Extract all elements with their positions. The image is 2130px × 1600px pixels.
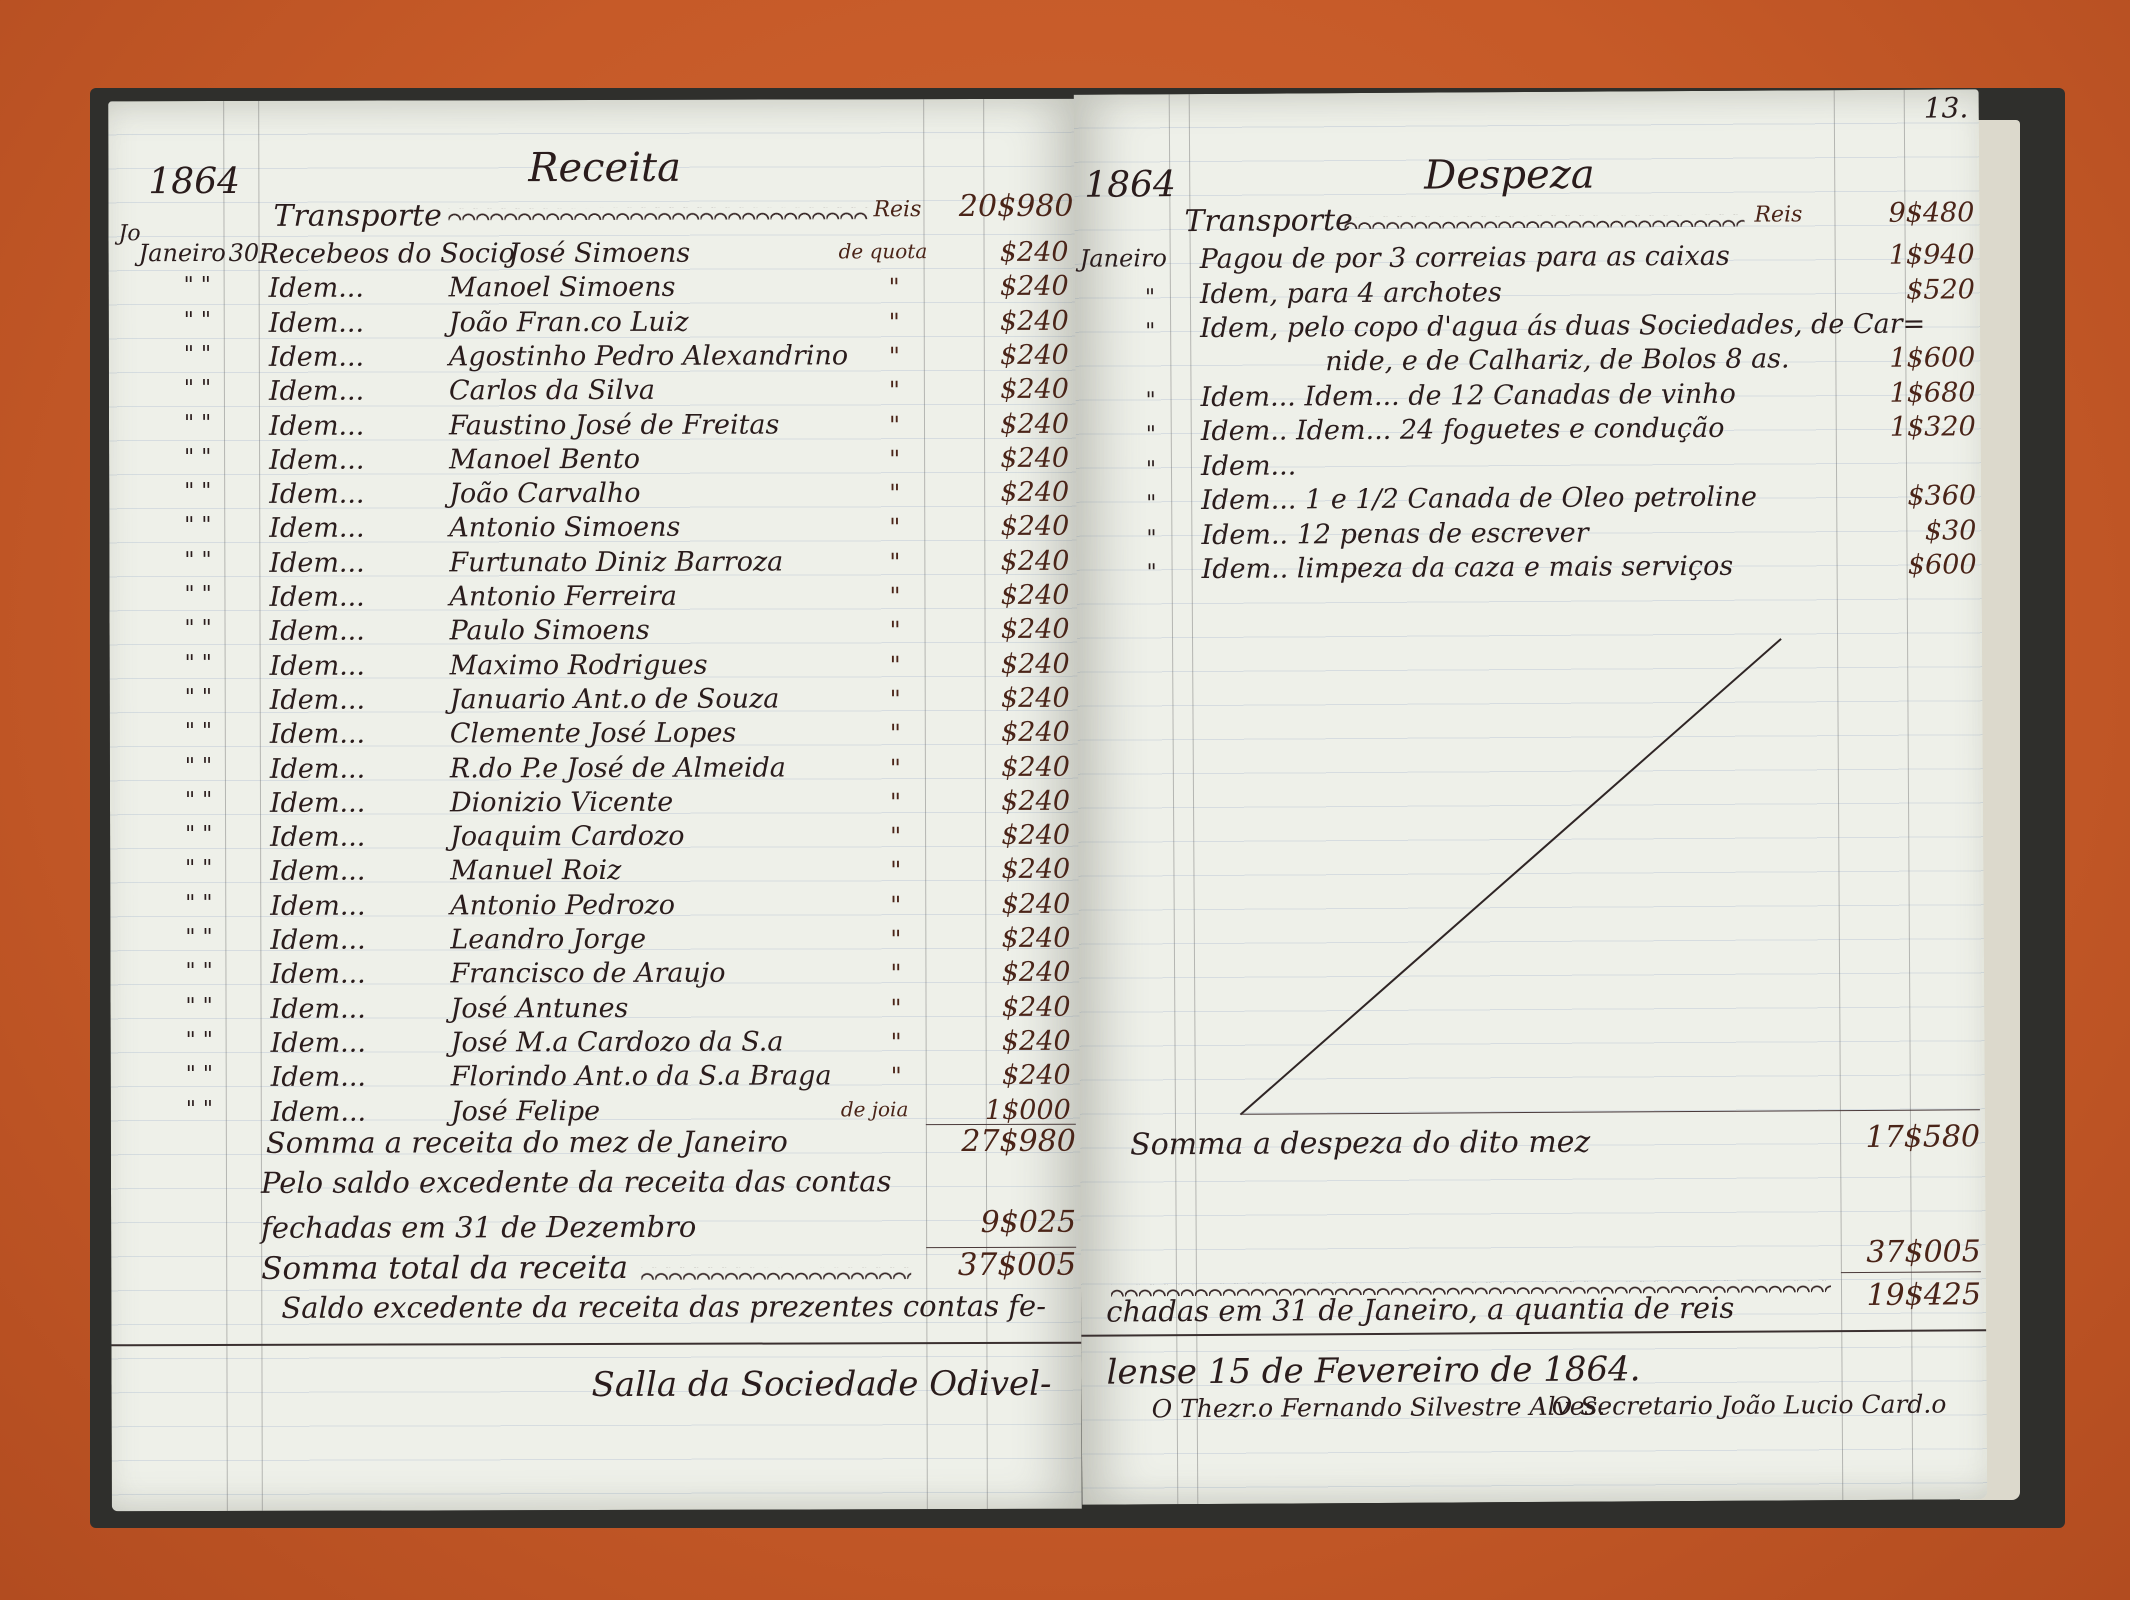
- left-page-receita: 1864 Receita Jo Transporte Reis 20$980 J…: [108, 99, 1082, 1512]
- entry-type: ": [891, 1028, 902, 1056]
- entry-description: Idem...: [270, 890, 365, 921]
- date-rule: [258, 101, 263, 1511]
- entry-description: Idem...: [269, 479, 364, 510]
- transport-amount: 20$980: [923, 189, 1073, 224]
- ditto-mark: ": [1145, 319, 1155, 344]
- ditto-mark: ": [1146, 457, 1156, 482]
- entry-amount: $240: [925, 991, 1070, 1022]
- entry-description: Idem...: [269, 410, 364, 441]
- entry-description: Idem...: [270, 719, 365, 750]
- ditto-mark: " ": [186, 1097, 213, 1122]
- entry-type: ": [889, 273, 900, 301]
- member-name: Florindo Ant.o da S.a Braga: [451, 1061, 832, 1093]
- ditto-mark: ": [1145, 285, 1155, 310]
- member-name: Antonio Pedrozo: [450, 889, 675, 921]
- ditto-mark: ": [1146, 422, 1156, 447]
- member-name: Agostinho Pedro Alexandrino: [449, 340, 848, 372]
- entry-amount: $240: [924, 511, 1069, 542]
- member-name: Januario Ant.o de Souza: [450, 683, 780, 715]
- member-name: Francisco de Araujo: [450, 958, 725, 990]
- entry-type: ": [890, 857, 901, 885]
- transport-label: Transporte: [1184, 203, 1353, 239]
- ditto-mark: " ": [184, 411, 211, 436]
- entry-description: Idem.. limpeza da caza e mais serviços: [1202, 551, 1734, 585]
- entry-type: ": [890, 616, 901, 644]
- entry-description: Idem...: [269, 444, 364, 475]
- entry-amount: $240: [925, 923, 1070, 954]
- member-name: Clemente José Lopes: [450, 718, 737, 750]
- entry-description: Idem...: [269, 547, 364, 578]
- entry-amount: $240: [925, 614, 1070, 645]
- entry-description: Idem...: [270, 650, 365, 681]
- entry-description: Recebeos do Socio: [259, 238, 515, 270]
- entry-amount: $240: [925, 717, 1070, 748]
- margin-rule: [223, 101, 228, 1511]
- ditto-mark: " ": [185, 856, 212, 881]
- closing-rule: [1081, 1329, 1986, 1337]
- ditto-mark: " ": [185, 685, 212, 710]
- entry-type: ": [890, 685, 901, 713]
- entry-amount: $240: [925, 957, 1070, 988]
- entry-amount: 1$600: [1835, 342, 1975, 374]
- entry-amount: $240: [925, 648, 1070, 679]
- ditto-mark: " ": [186, 1028, 213, 1053]
- entry-type: ": [890, 651, 901, 679]
- entry-amount: $240: [925, 786, 1070, 817]
- entry-type: ": [890, 822, 901, 850]
- entry-amount: $240: [924, 271, 1069, 302]
- ditto-mark: " ": [185, 891, 212, 916]
- entry-amount: $240: [924, 305, 1069, 336]
- entry-type: ": [889, 445, 900, 473]
- secretary-signature: O Secretario João Lucio Card.o: [1552, 1389, 1947, 1420]
- ditto-mark: " ": [186, 1062, 213, 1087]
- entry-description: Idem...: [271, 1027, 366, 1058]
- wavy-filler: [448, 207, 868, 220]
- balance-label: chadas em 31 de Janeiro, a quantia de re…: [1106, 1291, 1734, 1329]
- right-page-despeza: 13. 1864 Despeza Transporte Reis 9$480 J…: [1074, 89, 1988, 1505]
- entry-description: Idem.. 12 penas de escrever: [1201, 517, 1588, 550]
- entry-description: Idem...: [269, 582, 364, 613]
- ditto-mark: " ": [184, 376, 211, 401]
- entry-amount: $240: [925, 751, 1070, 782]
- entry-type: ": [890, 719, 901, 747]
- year-heading: 1864: [1084, 164, 1176, 206]
- ditto-mark: " ": [184, 445, 211, 470]
- entry-amount: $240: [926, 1060, 1071, 1091]
- entry-amount: $240: [924, 580, 1069, 611]
- member-name: Joaquim Cardozo: [450, 821, 684, 853]
- entry-description: Idem...: [269, 273, 364, 304]
- ditto-mark: " ": [185, 959, 212, 984]
- entry-amount: 1$320: [1836, 411, 1976, 443]
- ditto-mark: " ": [184, 342, 211, 367]
- transport-amount: 9$480: [1834, 197, 1974, 229]
- month-label: Janeiro: [139, 239, 226, 267]
- page-number: 13.: [1924, 91, 1969, 124]
- entry-type: ": [889, 514, 900, 542]
- entry-type: ": [889, 376, 900, 404]
- entry-description: Idem...: [271, 1096, 366, 1127]
- entry-description: Idem...: [270, 684, 365, 715]
- transport-label: Transporte: [273, 198, 441, 233]
- ditto-mark: " ": [185, 788, 212, 813]
- entry-type: ": [890, 754, 901, 782]
- ditto-mark: " ": [185, 994, 212, 1019]
- entry-amount: $240: [924, 237, 1069, 268]
- entry-type: ": [890, 891, 901, 919]
- entry-description: Idem...: [1201, 450, 1296, 482]
- ditto-mark: " ": [184, 479, 211, 504]
- wavy-filler: [641, 1267, 911, 1280]
- entry-type: ": [889, 342, 900, 370]
- balance-amount: 19$425: [1841, 1277, 1981, 1313]
- entry-type: ": [890, 925, 901, 953]
- date-line: lense 15 de Fevereiro de 1864.: [1106, 1349, 1640, 1392]
- entry-description: Idem... Idem... de 12 Canadas de vinho: [1200, 378, 1736, 412]
- member-name: Manuel Roiz: [450, 855, 621, 886]
- entry-type: ": [889, 479, 900, 507]
- entry-amount: $240: [924, 408, 1069, 439]
- receipt-total-amount: 37$005: [1841, 1234, 1981, 1270]
- entry-type: ": [889, 548, 900, 576]
- entry-amount: $240: [925, 820, 1070, 851]
- entry-description: Idem...: [270, 993, 365, 1024]
- ditto-mark: ": [1146, 526, 1156, 551]
- member-name: Antonio Ferreira: [449, 581, 677, 613]
- balance-line: Saldo excedente da receita das prezentes…: [281, 1289, 1046, 1325]
- entry-description: Idem...: [270, 616, 365, 647]
- member-name: Maximo Rodrigues: [450, 649, 708, 681]
- entry-amount: 1$940: [1835, 239, 1975, 271]
- ditto-mark: " ": [184, 513, 211, 538]
- entry-amount: $240: [924, 340, 1069, 371]
- entry-amount: $240: [924, 374, 1069, 405]
- entry-type: de quota: [839, 239, 928, 263]
- ditto-mark: ": [1147, 560, 1157, 585]
- place-line: Salla da Sociedade Odivel-: [591, 1364, 1051, 1405]
- member-name: Dionizio Vicente: [450, 787, 673, 819]
- entry-description: Idem...: [269, 341, 364, 372]
- entry-description: Idem...: [270, 925, 365, 956]
- ditto-mark: ": [1145, 388, 1155, 413]
- entry-type: de joia: [841, 1097, 909, 1121]
- ditto-mark: " ": [184, 308, 211, 333]
- entry-description: Idem.. Idem... 24 foguetes e condução: [1201, 413, 1725, 447]
- ditto-mark: " ": [185, 754, 212, 779]
- currency-label: Reis: [873, 197, 921, 222]
- wavy-filler: [1344, 215, 1744, 229]
- entry-description: Idem...: [270, 856, 365, 887]
- entry-amount: $240: [925, 854, 1070, 885]
- member-name: Carlos da Silva: [449, 375, 655, 407]
- entry-amount: 1$000: [926, 1094, 1071, 1125]
- member-name: Antonio Simoens: [449, 512, 680, 544]
- member-name: Faustino José de Freitas: [449, 409, 779, 441]
- entry-description: Idem...: [269, 513, 364, 544]
- entry-amount: $520: [1835, 274, 1975, 306]
- entry-amount: $240: [924, 545, 1069, 576]
- page-title: Despeza: [1424, 152, 1595, 199]
- entry-amount: $240: [925, 683, 1070, 714]
- entry-type: ": [890, 959, 901, 987]
- member-name: José Antunes: [450, 993, 628, 1024]
- entry-amount: $360: [1836, 480, 1976, 512]
- entry-amount: $600: [1836, 549, 1976, 581]
- cancel-baseline: [1240, 1109, 1980, 1115]
- entry-description-cont: nide, e de Calhariz, de Bolos 8 as.: [1325, 343, 1789, 377]
- entry-description: Idem... 1 e 1/2 Canada de Oleo petroline: [1201, 482, 1757, 516]
- member-name: R.do P.e José de Almeida: [450, 752, 786, 784]
- entry-amount: $240: [924, 477, 1069, 508]
- ditto-mark: ": [1146, 491, 1156, 516]
- year-heading: 1864: [148, 161, 240, 202]
- entry-description: Idem...: [269, 307, 364, 338]
- entry-amount: $30: [1836, 515, 1976, 547]
- month-label: Janeiro: [1080, 244, 1167, 273]
- ditto-mark: " ": [184, 548, 211, 573]
- month-total-amount: 27$980: [926, 1124, 1076, 1159]
- member-name: João Fran.co Luiz: [449, 306, 689, 338]
- treasurer-signature: O Thezr.o Fernando Silvestre Alves.: [1152, 1392, 1606, 1424]
- grand-total-amount: 37$005: [926, 1247, 1076, 1283]
- prior-balance-label: fechadas em 31 de Dezembro: [261, 1210, 696, 1245]
- month-total-label: Somma a despeza do dito mez: [1130, 1125, 1590, 1163]
- entry-amount: $240: [924, 443, 1069, 474]
- entry-type: ": [889, 411, 900, 439]
- entry-amount: 1$680: [1835, 377, 1975, 409]
- currency-label: Reis: [1754, 202, 1802, 227]
- day-label: 30: [229, 239, 260, 267]
- member-name: João Carvalho: [449, 478, 640, 510]
- prior-balance-amount: 9$025: [926, 1205, 1076, 1240]
- entry-description: Idem...: [270, 822, 365, 853]
- entry-type: ": [889, 308, 900, 336]
- member-name: Furtunato Diniz Barroza: [449, 546, 783, 578]
- entry-type: ": [890, 788, 901, 816]
- entry-amount: $240: [925, 888, 1070, 919]
- ditto-mark: " ": [184, 582, 211, 607]
- entry-description: Idem, para 4 archotes: [1200, 277, 1502, 310]
- member-name: Paulo Simoens: [450, 615, 650, 647]
- member-name: José M.a Cardozo da S.a: [451, 1026, 784, 1058]
- entry-type: ": [891, 1062, 902, 1090]
- entry-type: ": [890, 994, 901, 1022]
- ditto-mark: " ": [185, 719, 212, 744]
- ditto-mark: " ": [185, 616, 212, 641]
- entry-description: Idem...: [270, 787, 365, 818]
- ditto-mark: " ": [185, 925, 212, 950]
- grand-total-label: Somma total da receita: [261, 1250, 628, 1287]
- entry-description: Idem...: [270, 753, 365, 784]
- prior-balance-line1: Pelo saldo excedente da receita das cont…: [261, 1164, 892, 1200]
- member-name: José Simoens: [509, 238, 691, 269]
- month-total-label: Somma a receita do mez de Janeiro: [266, 1124, 788, 1159]
- member-name: José Felipe: [451, 1095, 600, 1126]
- entry-description: Idem, pelo copo d'agua ás duas Sociedade…: [1200, 309, 1925, 344]
- closing-rule: [111, 1342, 1081, 1347]
- entry-description: Idem...: [271, 1062, 366, 1093]
- month-total-amount: 17$580: [1840, 1119, 1980, 1155]
- ditto-mark: " ": [185, 822, 212, 847]
- margin-note: Jo: [118, 221, 140, 246]
- entry-amount: $240: [926, 1026, 1071, 1057]
- entry-description: Idem...: [270, 959, 365, 990]
- entry-description: Pagou de por 3 correias para as caixas: [1200, 241, 1730, 275]
- entry-description: Idem...: [269, 376, 364, 407]
- member-name: Manoel Simoens: [449, 272, 676, 304]
- member-name: Leandro Jorge: [450, 924, 646, 956]
- member-name: Manoel Bento: [449, 444, 640, 475]
- ditto-mark: " ": [185, 651, 212, 676]
- ditto-mark: " ": [184, 273, 211, 298]
- cancel-diagonal: [1240, 638, 1782, 1115]
- page-title: Receita: [528, 145, 681, 191]
- entry-type: ": [889, 582, 900, 610]
